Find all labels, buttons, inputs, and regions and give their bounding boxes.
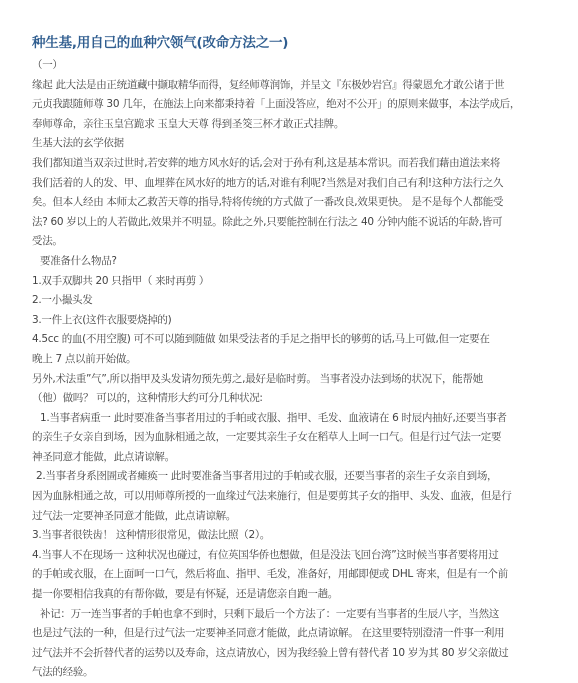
paragraph-line: 的亲生子女亲自到场，因为血脉相通之故，一定要其亲生子女在稻草人上呵一口气。但是行… [32,428,552,448]
paragraph-line: 另外,术法重”气”,所以指甲及头发请勿预先剪之,最好是临时剪。 当事者没办法到场… [32,370,552,390]
note-line: 补记：万一连当事者的手帕也拿不到时，只剩下最后一个方法了：一定要有当事者的生辰八… [32,605,552,625]
list-item: 1.当事者病重一 此时要准备当事者用过的手帕或衣服、指甲、毛发、血液请在 6 时… [32,409,552,429]
paragraph-line: 我们活着的人的发、甲、血埋葬在风水好的地方的话,对谁有利呢?当然是对我们自己有利… [32,174,552,194]
paragraph-line: 缘起 此大法是由正统道藏中撷取精华而得，复经师尊润饰，并呈文『东极妙岩宫』得蒙恩… [32,76,552,96]
paragraph-line: 过气法并不会折替代者的运势以及寿命，这点请放心，因为我经验上曾有替代者 10 岁… [32,644,552,651]
paragraph-line: 过气法一定要神圣同意才能做，此点请谅解。 [32,507,552,527]
paragraph-line: 法? 60 岁以上的人若做此,效果并不明显。除此之外,只要能控制在行法之 40 … [32,213,552,233]
list-item: 4.5cc 的血(不用空腹) 可不可以随到随做 如果受法者的手足之指甲长的够剪的… [32,330,552,350]
paragraph-line: 元贞我跟随师尊 30 几年，在施法上向来都秉持着「上面没答应，绝对不公开」的原则… [32,95,552,115]
list-item: 3.当事者很铁齿！ 这种情形很常见，做法比照（2）。 [32,526,552,546]
list-item: 2.当事者身系囹圄或者瘫痪一 此时要准备当事者用过的手帕或衣服，还要当事者的亲生… [32,467,552,487]
paragraph-line: 受法。 [32,232,552,252]
list-item: 1.双手双脚共 20 只指甲（ 来时再剪 ） [32,272,552,292]
section-number: （一） [32,56,552,76]
article-title: 种生基,用自己的血种穴领气(改命方法之一) [32,34,552,52]
article-body: 缘起 此大法是由正统道藏中撷取精华而得，复经师尊润饰，并呈文『东极妙岩宫』得蒙恩… [32,76,552,651]
section-heading: 要准备什么物品? [32,252,552,272]
paragraph-line: （他）做吗？ 可以的，这种情形大约可分几种状况: [32,389,552,409]
list-item: 3.一件上衣(这件衣服要烧掉的) [32,311,552,331]
paragraph-line: 的手帕或衣服，在上面呵一口气，然后将血、指甲、毛发，准备好，用邮即便或 DHL … [32,565,552,585]
paragraph-line: 矣。但本人经由 本师太乙救苦天尊的指导,特将传统的方式做了一番改良,效果更快。 … [32,193,552,213]
paragraph-line: 奉师尊命，亲往玉皇宫跪求 玉皇大天尊 得到圣筊三杯才敢正式挂牌。 [32,115,552,135]
paragraph-line: 我们都知道当双亲过世时,若安葬的地方风水好的话,会对于孙有利,这是基本常识。而若… [32,154,552,174]
list-item: 4.当事人不在现场一 这种状况也碰过，有位英国华侨也想做，但是没法飞回台湾”这时… [32,546,552,566]
paragraph-line: 晚上 7 点以前开始做。 [32,350,552,370]
paragraph-line: 提一你要相信我真的有帮你做，要是有怀疑，还是请您亲自跑一趟。 [32,585,552,605]
article: 种生基,用自己的血种穴领气(改命方法之一) （一） 缘起 此大法是由正统道藏中撷… [32,34,552,651]
list-item: 2.一小撮头发 [32,291,552,311]
paragraph-line: 因为血脉相通之故，可以用师尊所授的一血缘过气法来施行，但是要剪其子女的指甲、头发… [32,487,552,507]
paragraph-line: 也是过气法的一种，但是行过气法一定要神圣同意才能做，此点请谅解。 在这里要特别澄… [32,624,552,644]
paragraph-line: 神圣同意才能做，此点请谅解。 [32,448,552,468]
section-heading: 生基大法的玄学依据 [32,134,552,154]
